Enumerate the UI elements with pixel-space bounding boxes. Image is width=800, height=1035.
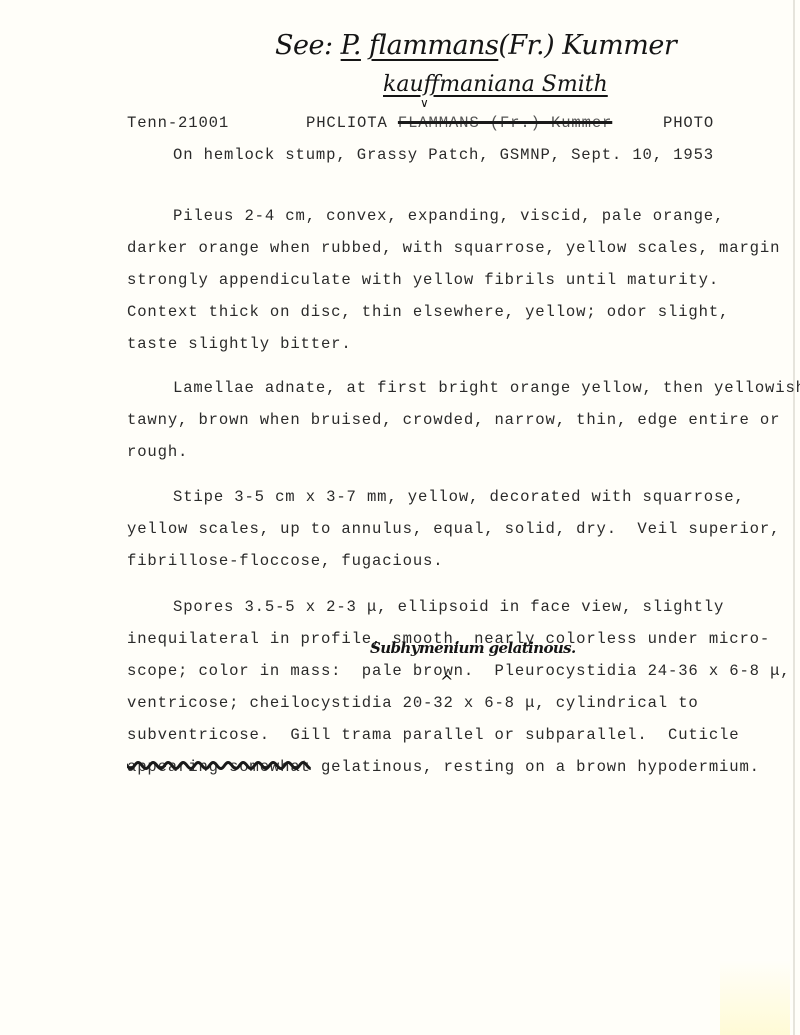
specimen-number: Tenn-21001 [127, 107, 229, 139]
page-edge-shadow [793, 0, 795, 1035]
handwritten-variety: kauffmaniana Smith [383, 72, 608, 97]
text-line: Context thick on disc, thin elsewhere, y… [127, 296, 787, 328]
locality-line: On hemlock stump, Grassy Patch, GSMNP, S… [173, 139, 714, 171]
text-line: tawny, brown when bruised, crowded, narr… [127, 404, 787, 436]
text-line: Stipe 3-5 cm x 3-7 mm, yellow, decorated… [127, 481, 787, 513]
paragraph-stipe: Stipe 3-5 cm x 3-7 mm, yellow, decorated… [127, 481, 787, 577]
paper-discoloration [720, 960, 790, 1035]
paragraph-spores: Spores 3.5-5 x 2-3 μ, ellipsoid in face … [127, 591, 787, 783]
see-prefix: See: [275, 30, 333, 61]
insertion-caret: ^ [440, 672, 453, 691]
handwritten-see-reference: See: P. flammans(Fr.) Kummer [275, 30, 676, 61]
text-line: scope; color in mass: pale brown. Pleuro… [127, 655, 787, 687]
see-species: flammans [369, 30, 498, 61]
text-line: Lamellae adnate, at first bright orange … [127, 372, 787, 404]
genus: PHCLIOTA [306, 114, 388, 132]
text-line: rough. [127, 436, 787, 468]
photo-label: PHOTO [663, 107, 714, 139]
paragraph-pileus: Pileus 2-4 cm, convex, expanding, viscid… [127, 200, 787, 360]
text-line: subventricose. Gill trama parallel or su… [127, 719, 787, 751]
text-line: ventricose; cheilocystidia 20-32 x 6-8 μ… [127, 687, 787, 719]
taxon-name: PHCLIOTA FLAMMANS (Fr.) Kummer [306, 107, 612, 139]
handwritten-insertion: Subhymenium gelatinous. [370, 639, 576, 657]
text-line: taste slightly bitter. [127, 328, 787, 360]
text-line-last: appearing somewhat gelatinous, resting o… [127, 751, 787, 783]
text-line: yellow scales, up to annulus, equal, sol… [127, 513, 787, 545]
see-author: (Fr.) Kummer [498, 30, 676, 61]
text-line: Spores 3.5-5 x 2-3 μ, ellipsoid in face … [127, 591, 787, 623]
text-line: strongly appendiculate with yellow fibri… [127, 264, 787, 296]
paragraph-lamellae: Lamellae adnate, at first bright orange … [127, 372, 787, 468]
text-line-rest: gelatinous, resting on a brown hypodermi… [311, 758, 760, 776]
see-genus-abbrev: P. [341, 30, 361, 61]
struck-phrase: appearing somewhat [127, 758, 311, 776]
text-line: fibrillose-floccose, fugacious. [127, 545, 787, 577]
text-line: Pileus 2-4 cm, convex, expanding, viscid… [127, 200, 787, 232]
text-line: darker orange when rubbed, with squarros… [127, 232, 787, 264]
struck-species-name: FLAMMANS (Fr.) Kummer [398, 114, 612, 132]
